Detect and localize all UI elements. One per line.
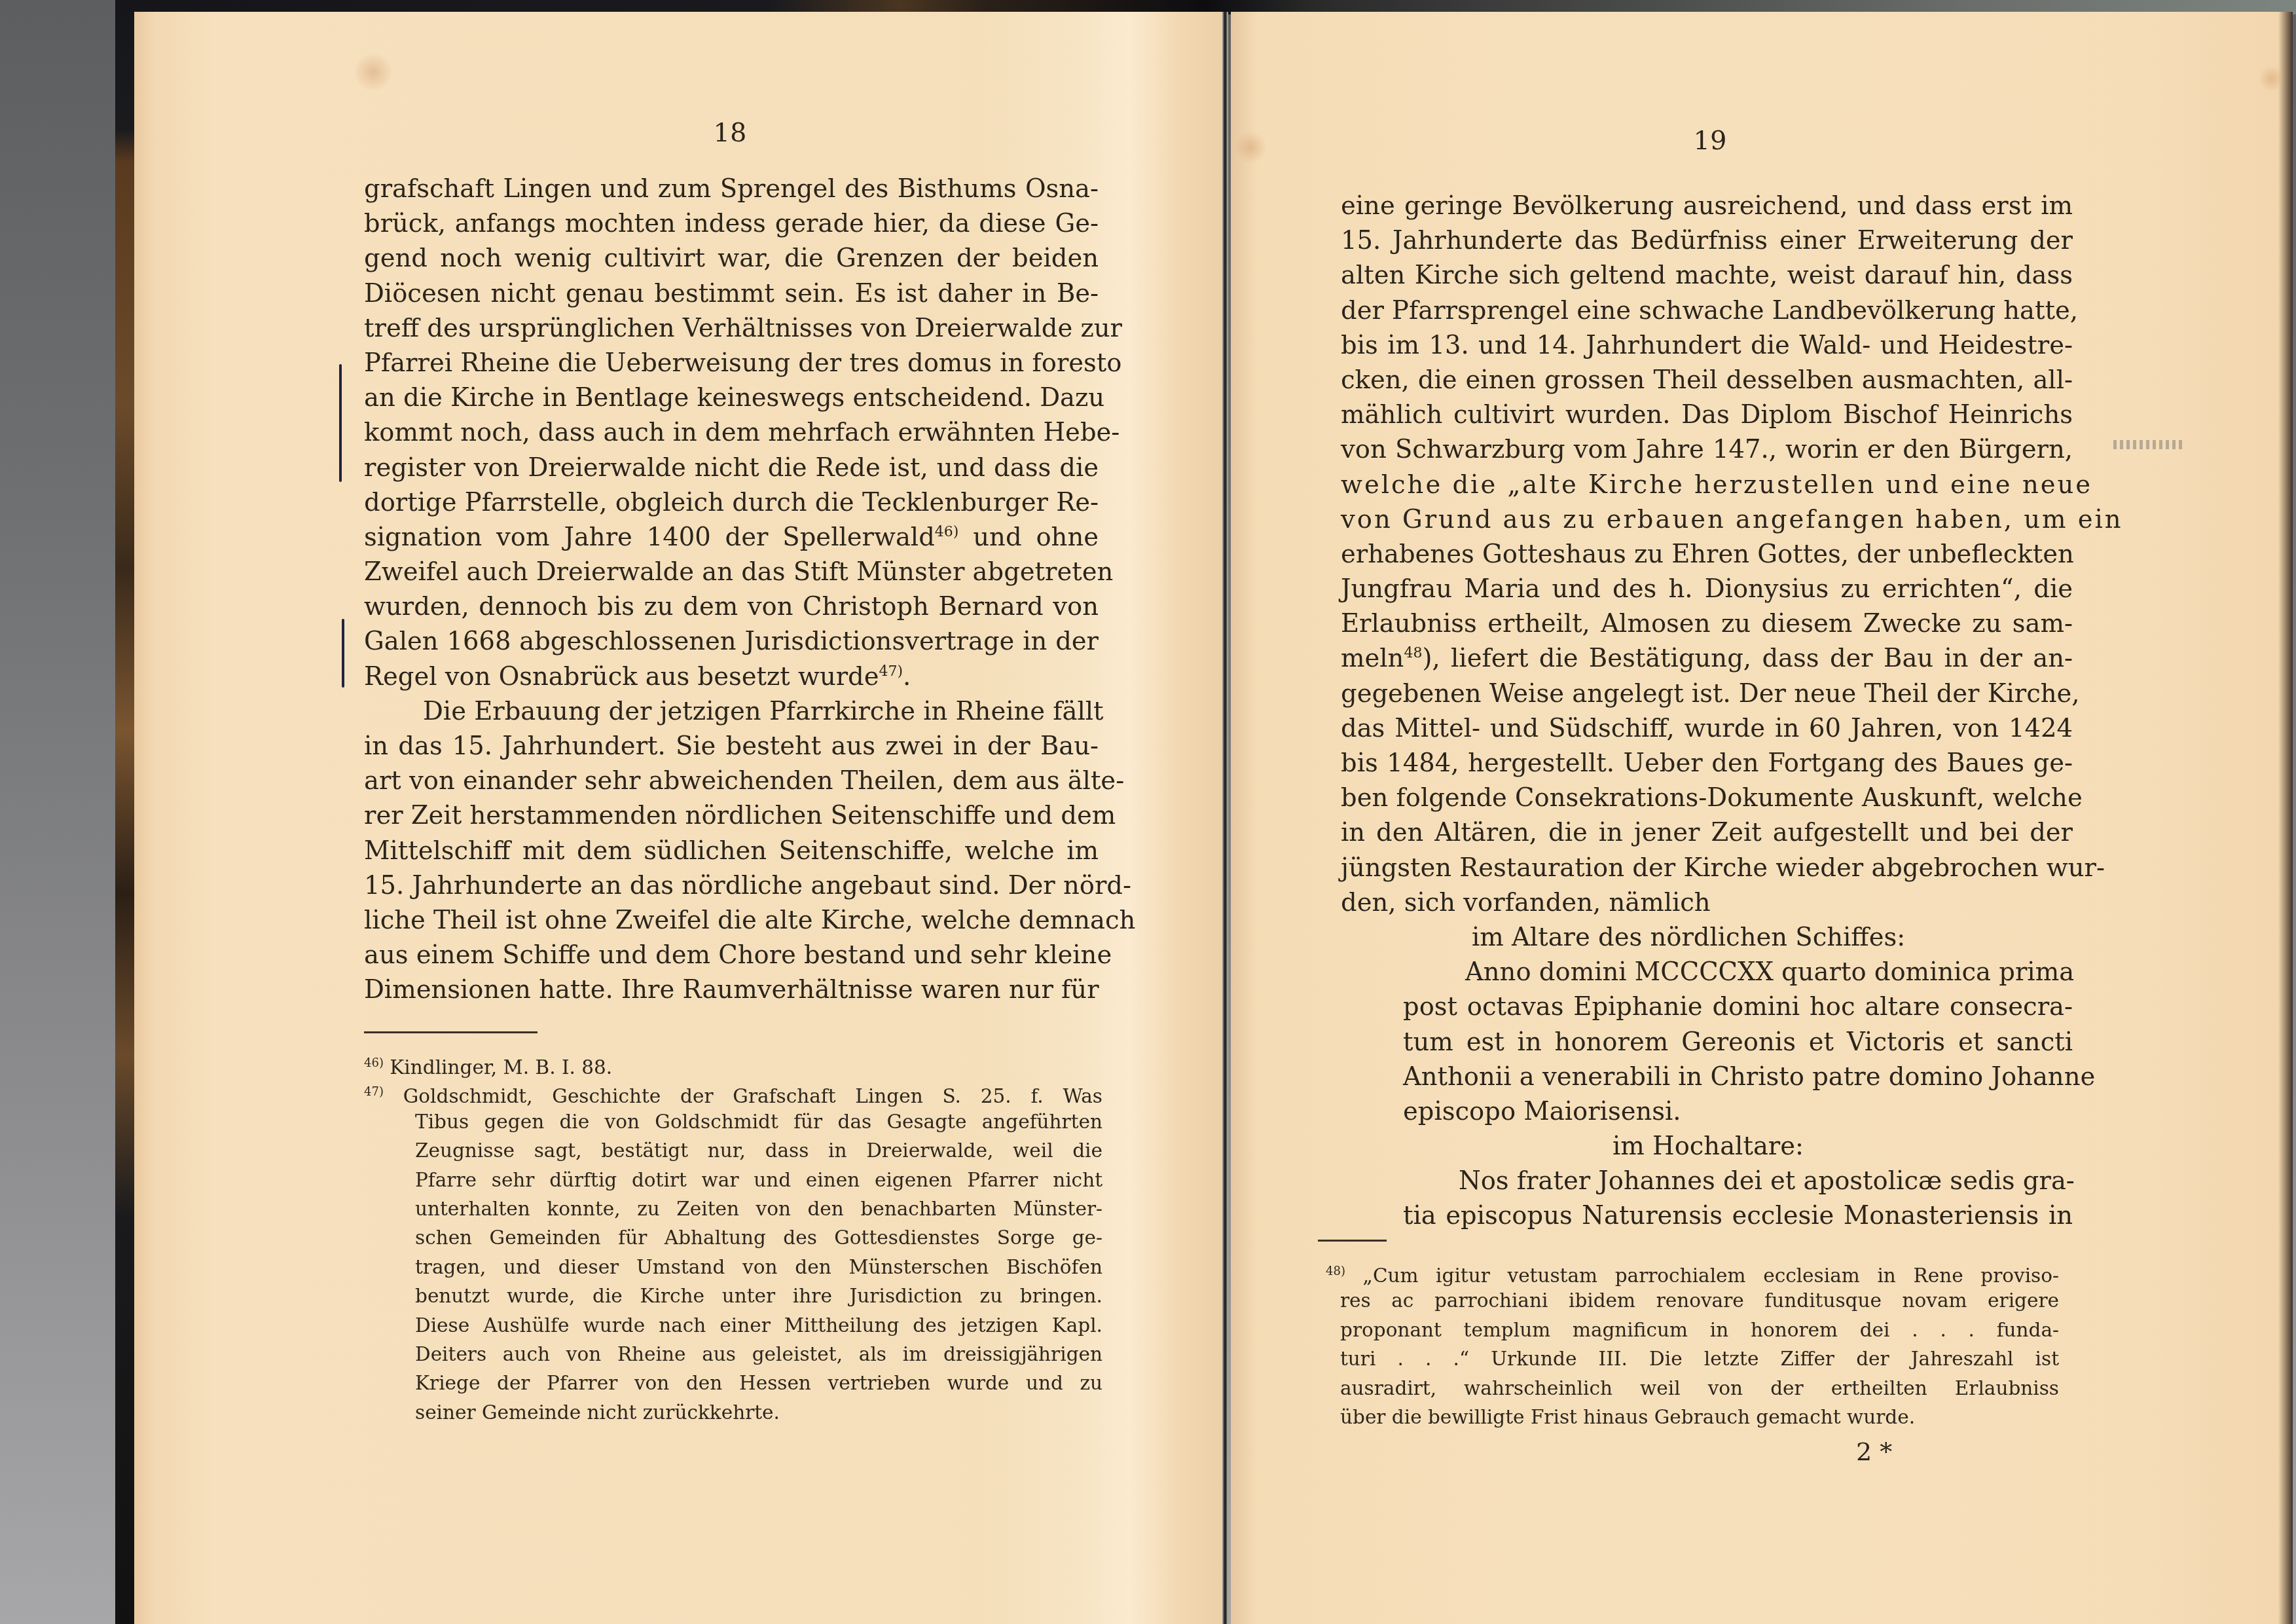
footnote-line: res ac parrochiani ibidem renovare fundi… — [1326, 1286, 2059, 1315]
footnote-marker: 46) — [364, 1056, 384, 1070]
text-line: Galen 1668 abgeschlossenen Jurisdictions… — [364, 624, 1099, 659]
text-line: jüngsten Restauration der Kirche wieder … — [1341, 851, 2073, 885]
footnote-line: schen Gemeinden für Abhaltung des Gottes… — [364, 1223, 1102, 1252]
footnote-46: 46) Kindlinger, M. B. I. 88. — [364, 1049, 1102, 1078]
footnote-marker: 47) — [364, 1085, 384, 1099]
footnote-line: Deiters auch von Rheine aus geleistet, a… — [364, 1340, 1102, 1369]
pencil-margin-mark — [342, 619, 344, 688]
text-line: alten Kirche sich geltend machte, weist … — [1341, 258, 2073, 293]
text-line: kommt noch, dass auch in dem mehrfach er… — [364, 415, 1099, 450]
text-line: den, sich vorfanden, nämlich — [1341, 885, 2073, 920]
text-line-spaced-quote: von Grund aus zu erbauen angefangen habe… — [1341, 502, 2073, 537]
text-fragment: . — [903, 662, 911, 692]
text-line: Jungfrau Maria und des h. Dionysius zu e… — [1341, 572, 2073, 606]
text-line: in den Altären, die in jener Zeit aufges… — [1341, 815, 2073, 850]
footnote-line: tragen, und dieser Umstand von den Münst… — [364, 1253, 1102, 1282]
footnote-line: Pfarre sehr dürftig dotirt war und einen… — [364, 1166, 1102, 1194]
latin-quote-line: tum est in honorem Gereonis et Victoris … — [1341, 1025, 2073, 1060]
left-page-body: grafschaft Lingen und zum Sprengel des B… — [364, 172, 1099, 1008]
text-line: treff des ursprünglichen Verhältnisses v… — [364, 311, 1099, 346]
text-line: Mittelschiff mit dem südlichen Seitensch… — [364, 834, 1099, 868]
text-fragment: meln — [1341, 644, 1404, 673]
footnote-line: seiner Gemeinde nicht zurückkehrte. — [364, 1398, 1102, 1427]
latin-quote-line: Anno domini MCCCCXX quarto dominica prim… — [1341, 955, 2073, 989]
text-line-with-footnote: meln48), liefert die Bestätigung, dass d… — [1341, 641, 2073, 676]
text-line: das Mittel- und Südschiff, wurde in 60 J… — [1341, 711, 2073, 746]
text-fragment: und ohne — [958, 523, 1099, 552]
right-page-footnotes: 48) „Cum igitur vetustam parrochialem ec… — [1326, 1257, 2059, 1431]
footnote-line: ausradirt, wahrscheinlich weil von der e… — [1326, 1374, 2059, 1403]
footnote-line: benutzt wurde, die Kirche unter ihre Jur… — [364, 1282, 1102, 1310]
footnote-line: Zeugnisse sagt, bestätigt nur, dass in D… — [364, 1136, 1102, 1165]
latin-quote-line: tia episcopus Naturensis ecclesie Monast… — [1341, 1198, 2073, 1233]
text-line-with-footnote: Regel von Osnabrück aus besetzt wurde47)… — [364, 659, 1099, 694]
footnote-reference-46[interactable]: 46) — [935, 524, 959, 540]
text-line: rer Zeit herstammenden nördlichen Seiten… — [364, 798, 1099, 833]
text-line: cken, die einen grossen Theil desselben … — [1341, 363, 2073, 397]
footnote-line: turi . . .“ Urkunde III. Die letzte Ziff… — [1326, 1344, 2059, 1373]
text-line: art von einander sehr abweichenden Theil… — [364, 764, 1099, 798]
footnote-text: Kindlinger, M. B. I. 88. — [390, 1056, 612, 1079]
footnote-line: Diese Aushülfe wurde nach einer Mittheil… — [364, 1311, 1102, 1340]
text-line: aus einem Schiffe und dem Chore bestand … — [364, 938, 1099, 972]
text-line: gend noch wenig cultivirt war, die Grenz… — [364, 241, 1099, 276]
text-line: eine geringe Bevölkerung ausreichend, un… — [1341, 189, 2073, 223]
left-page-footnotes: 46) Kindlinger, M. B. I. 88. 47) Goldsch… — [364, 1049, 1102, 1427]
book-cover-edge — [115, 0, 136, 1624]
text-line: in das 15. Jahrhundert. Sie besteht aus … — [364, 729, 1099, 764]
text-line: 15. Jahrhunderte an das nördliche angeba… — [364, 868, 1099, 903]
text-line: bis 1484, hergestellt. Ueber den Fortgan… — [1341, 746, 2073, 781]
book-gutter — [1222, 12, 1228, 1624]
footnote-line: unterhalten konnte, zu Zeiten von den be… — [364, 1194, 1102, 1223]
pencil-margin-mark — [339, 364, 342, 482]
page-number-left: 18 — [691, 118, 769, 148]
paper-stain — [354, 52, 393, 92]
pencil-marginalia — [2113, 440, 2185, 449]
text-line: an die Kirche in Bentlage keineswegs ent… — [364, 380, 1099, 415]
text-line: von Schwarzburg vom Jahre 147., worin er… — [1341, 432, 2073, 467]
paragraph-start-line: Die Erbauung der jetzigen Pfarrkirche in… — [364, 694, 1099, 729]
footnote-47: 47) Goldschmidt, Geschichte der Grafscha… — [364, 1078, 1102, 1107]
footnote-line: Kriege der Pfarrer von den Hessen vertri… — [364, 1369, 1102, 1397]
text-fragment: ), liefert die Bestätigung, dass der Bau… — [1422, 644, 2073, 673]
footnote-separator — [1318, 1240, 1387, 1242]
text-line: brück, anfangs mochten indess gerade hie… — [364, 206, 1099, 241]
latin-quote-line: Nos frater Johannes dei et apostolicæ se… — [1341, 1164, 2073, 1198]
latin-quote-line: Anthonii a venerabili in Christo patre d… — [1341, 1060, 2073, 1094]
scanner-background — [0, 0, 117, 1624]
latin-quote-line: post octavas Epiphanie domini hoc altare… — [1341, 989, 2073, 1024]
page-number-right: 19 — [1671, 126, 1749, 156]
footnote-line: über die bewilligte Frist hinaus Gebrauc… — [1326, 1403, 2059, 1431]
text-line: grafschaft Lingen und zum Sprengel des B… — [364, 172, 1099, 206]
text-line: bis im 13. und 14. Jahrhundert die Wald-… — [1341, 328, 2073, 363]
footnote-separator — [364, 1031, 538, 1033]
footnote-marker: 48) — [1326, 1264, 1345, 1278]
footnote-line: Tibus gegen die von Goldschmidt für das … — [364, 1107, 1102, 1136]
text-line: liche Theil ist ohne Zweifel die alte Ki… — [364, 903, 1099, 938]
text-line: register von Dreierwalde nicht die Rede … — [364, 451, 1099, 485]
right-page-body: eine geringe Bevölkerung ausreichend, un… — [1341, 189, 2073, 1234]
paper-stain — [1234, 131, 1267, 164]
text-line: Zweifel auch Dreierwalde an das Stift Mü… — [364, 555, 1099, 589]
text-line: 15. Jahrhunderte das Bedürfniss einer Er… — [1341, 223, 2073, 258]
footnote-text: Goldschmidt, Geschichte der Grafschaft L… — [403, 1085, 1102, 1107]
printer-signature-mark: 2 * — [1856, 1437, 1892, 1466]
text-line-spaced-quote: welche die „alte Kirche herzustellen und… — [1341, 468, 2073, 502]
footnote-line: proponant templum magnificum in honorem … — [1326, 1316, 2059, 1344]
footnote-48: 48) „Cum igitur vetustam parrochialem ec… — [1326, 1257, 2059, 1286]
text-line: Pfarrei Rheine die Ueberweisung der tres… — [364, 346, 1099, 380]
footnote-reference-48[interactable]: 48 — [1404, 646, 1422, 662]
section-heading-north-altar: im Altare des nördlichen Schiffes: — [1341, 920, 2073, 955]
text-line: Dimensionen hatte. Ihre Raumverhältnisse… — [364, 972, 1099, 1007]
text-line: der Pfarrsprengel eine schwache Landbevö… — [1341, 293, 2073, 328]
text-line: Erlaubniss ertheilt, Almosen zu diesem Z… — [1341, 606, 2073, 641]
text-fragment: Regel von Osnabrück aus besetzt wurde — [364, 662, 879, 692]
text-line: dortige Pfarrstelle, obgleich durch die … — [364, 485, 1099, 520]
text-line: gegebenen Weise angelegt ist. Der neue T… — [1341, 676, 2073, 711]
footnote-reference-47[interactable]: 47) — [879, 663, 903, 680]
text-line: mählich cultivirt wurden. Das Diplom Bis… — [1341, 397, 2073, 432]
paper-stain — [2259, 65, 2285, 92]
footnote-text: „Cum igitur vetustam parrochialem eccles… — [1363, 1264, 2059, 1287]
section-heading-high-altar: im Hochaltare: — [1341, 1129, 2073, 1164]
latin-quote-line: episcopo Maiorisensi. — [1341, 1094, 2073, 1129]
text-line: Diöcesen nicht genau bestimmt sein. Es i… — [364, 276, 1099, 311]
text-line: erhabenes Gotteshaus zu Ehren Gottes, de… — [1341, 537, 2073, 572]
text-line: wurden, dennoch bis zu dem von Christoph… — [364, 589, 1099, 624]
text-line-with-footnote: signation vom Jahre 1400 der Spellerwald… — [364, 520, 1099, 555]
text-line: ben folgende Consekrations-Dokumente Aus… — [1341, 781, 2073, 815]
text-fragment: signation vom Jahre 1400 der Spellerwald — [364, 523, 935, 552]
